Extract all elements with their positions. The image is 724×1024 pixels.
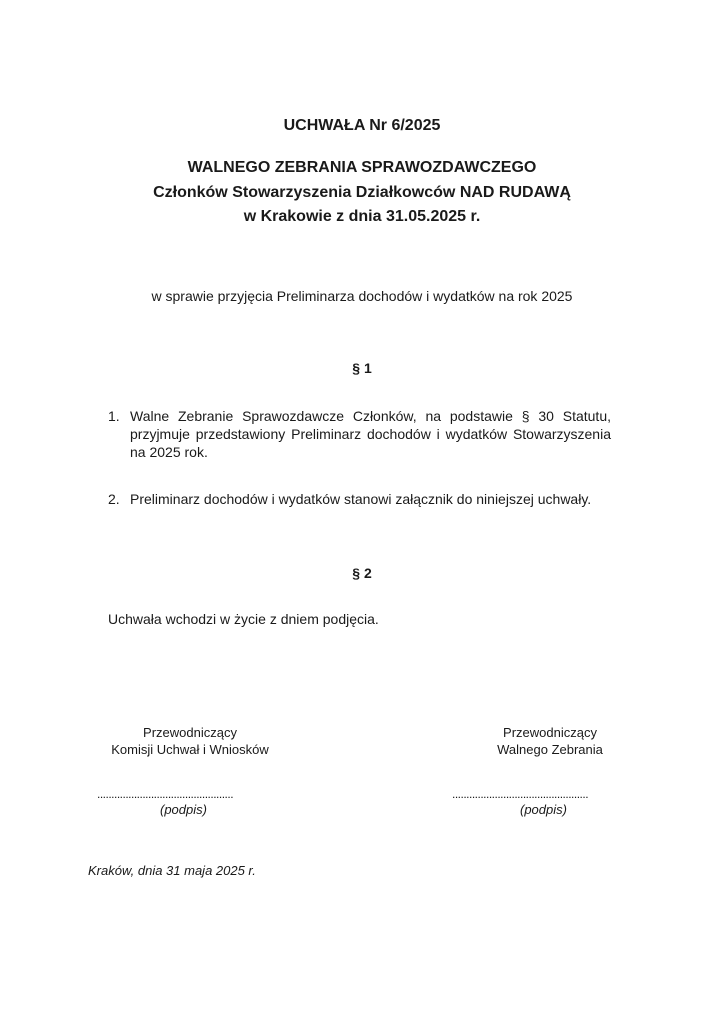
item-text: Walne Zebranie Sprawozdawcze Członków, n… xyxy=(130,407,611,461)
section1-item-2: 2.Preliminarz dochodów i wydatków stanow… xyxy=(108,490,591,508)
issuing-body-line1: WALNEGO ZEBRANIA SPRAWOZDAWCZEGO xyxy=(0,159,724,177)
item-number: 1. xyxy=(108,407,120,425)
signature-caption-left: (podpis) xyxy=(160,802,207,817)
signatory-role: Walnego Zebrania xyxy=(440,741,660,758)
section1-heading: § 1 xyxy=(0,360,724,376)
place-and-date: Kraków, dnia 31 maja 2025 r. xyxy=(88,863,256,878)
signatory-role: Komisji Uchwał i Wniosków xyxy=(80,741,300,758)
signature-line-right: ........................................… xyxy=(452,787,588,801)
resolution-subject: w sprawie przyjęcia Preliminarza dochodó… xyxy=(0,288,724,304)
signature-caption-right: (podpis) xyxy=(520,802,567,817)
signature-block-right: Przewodniczący Walnego Zebrania xyxy=(440,724,660,758)
issuing-body-line3: w Krakowie z dnia 31.05.2025 r. xyxy=(0,208,724,226)
signature-block-left: Przewodniczący Komisji Uchwał i Wniosków xyxy=(80,724,300,758)
section2-heading: § 2 xyxy=(0,565,724,581)
signature-line-left: ........................................… xyxy=(97,787,233,801)
signatory-title: Przewodniczący xyxy=(440,724,660,741)
section2-text: Uchwała wchodzi w życie z dniem podjęcia… xyxy=(108,611,379,627)
item-text: Preliminarz dochodów i wydatków stanowi … xyxy=(130,491,591,507)
item-number: 2. xyxy=(108,490,130,508)
signatory-title: Przewodniczący xyxy=(80,724,300,741)
resolution-number: UCHWAŁA Nr 6/2025 xyxy=(0,117,724,135)
issuing-body-line2: Członków Stowarzyszenia Działkowców NAD … xyxy=(0,184,724,202)
section1-item-1: 1. Walne Zebranie Sprawozdawcze Członków… xyxy=(108,407,611,461)
